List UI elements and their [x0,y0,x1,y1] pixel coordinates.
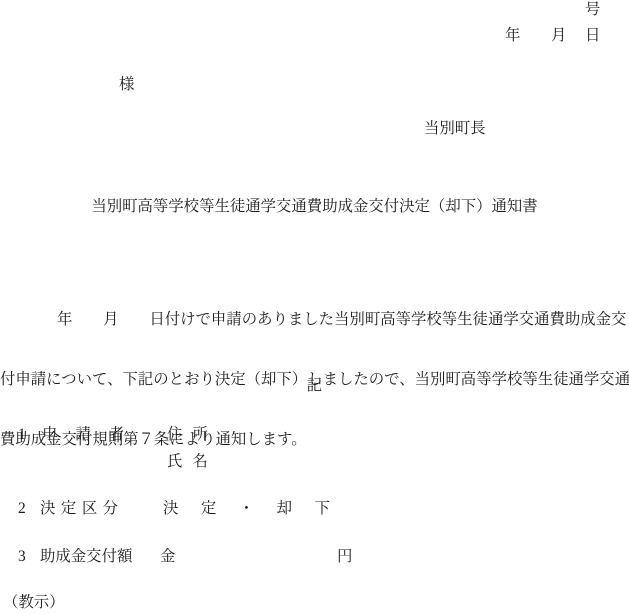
date-month-label: 月 [551,27,566,44]
decision-value: 決定・却下 [163,500,352,517]
doc-number-suffix: 号 [585,1,600,18]
addressee-honorific: 様 [119,76,134,93]
date-day-label: 日 [585,27,600,44]
currency-prefix: 金 [160,548,175,565]
item-number: 2 [18,500,26,517]
applicant-name-label: 氏名 [167,453,218,470]
item-applicant-name-row: 氏名 [0,453,629,471]
body-line-1: 年 月 日付けで申請のありました当別町高等学校等生徒通学交通費助成金交 [0,311,629,337]
item-applicant-label: 申請者 [42,426,142,443]
item-applicant-row: 1 申請者 住所 [0,426,629,444]
record-heading: 記 [0,377,629,394]
sender-title: 当別町長 [424,120,486,137]
document-title: 当別町高等学校等生徒通学交通費助成金交付決定（却下）通知書 [0,198,629,215]
item-decision-row: 2 決定区分 決定・却下 [0,500,629,518]
applicant-address-label: 住所 [167,426,218,443]
item-number: 3 [18,548,26,565]
footer-note: （教示） [3,594,65,611]
date-year-label: 年 [505,27,520,44]
currency-suffix: 円 [337,548,352,565]
item-amount-row: 3 助成金交付額 金 円 [0,548,629,566]
subsidy-amount-label: 助成金交付額 [40,548,132,565]
notification-document-page: 号 年 月 日 様 当別町長 当別町高等学校等生徒通学交通費助成金交付決定（却下… [0,0,629,614]
item-number: 1 [18,426,26,443]
decision-category-label: 決定区分 [40,500,124,517]
